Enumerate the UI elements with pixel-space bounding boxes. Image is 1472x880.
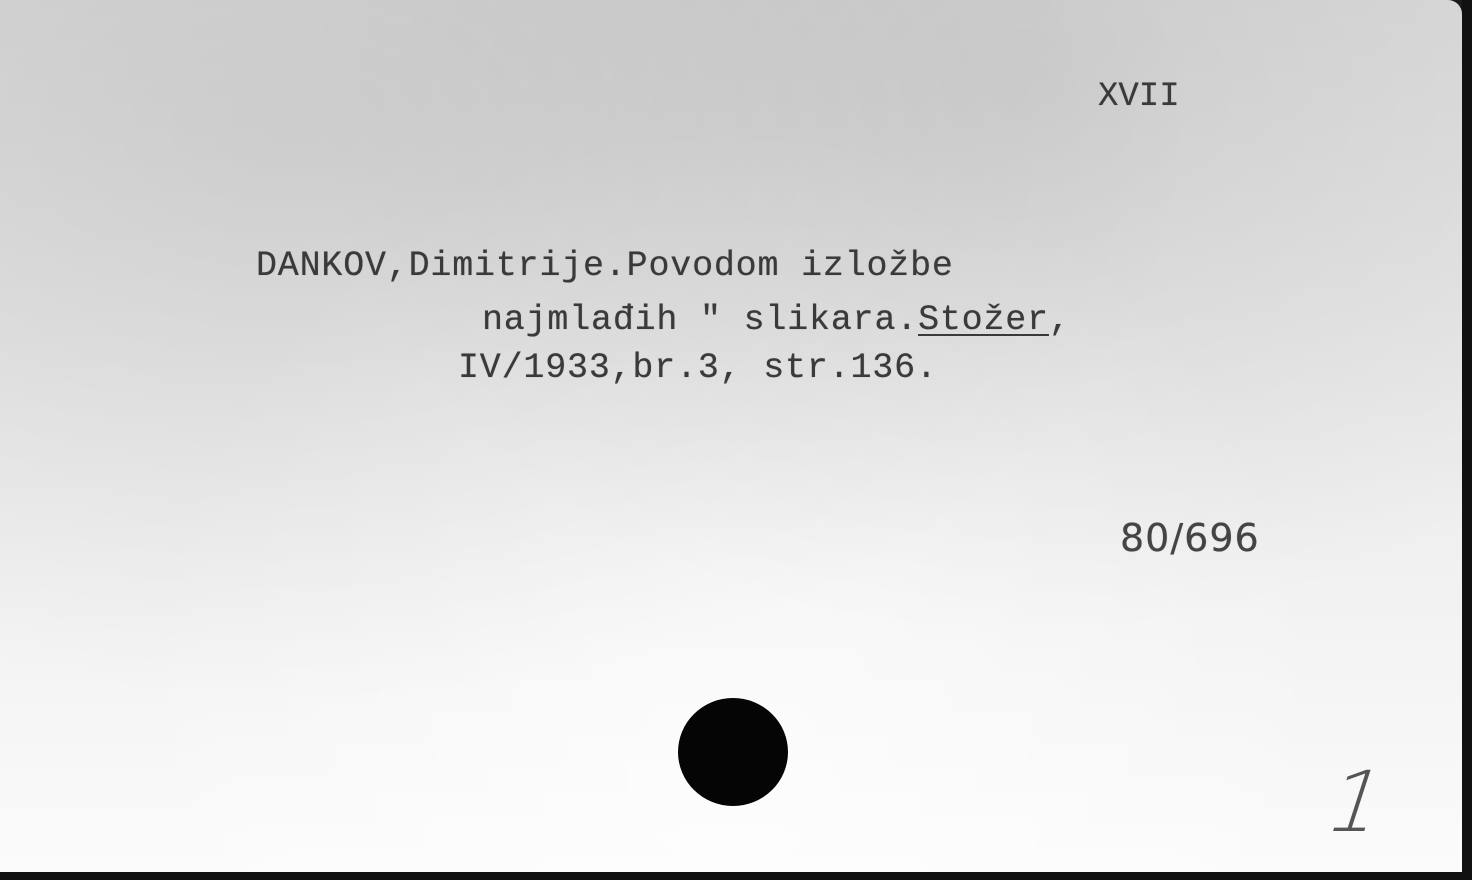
section-number: XVII xyxy=(1098,78,1180,116)
catalog-card: XVII DANKOV,Dimitrije.Povodom izložbe na… xyxy=(0,0,1462,872)
citation-title-end: najmlađih " slikara. xyxy=(482,300,918,340)
pencil-mark: 1 xyxy=(1316,760,1397,844)
journal-suffix: , xyxy=(1049,300,1071,340)
card-edge-shadow-bottom xyxy=(0,872,1472,880)
citation-line-issue: IV/1933,br.3, str.136. xyxy=(458,348,938,388)
card-edge-shadow-right xyxy=(1462,0,1472,880)
punch-hole xyxy=(678,698,788,806)
journal-title: Stožer xyxy=(918,300,1049,340)
call-number: 80/696 xyxy=(1120,516,1260,560)
citation-line-author-title: DANKOV,Dimitrije.Povodom izložbe xyxy=(256,246,954,286)
citation-line-title-journal: najmlađih " slikara.Stožer, xyxy=(482,300,1071,340)
